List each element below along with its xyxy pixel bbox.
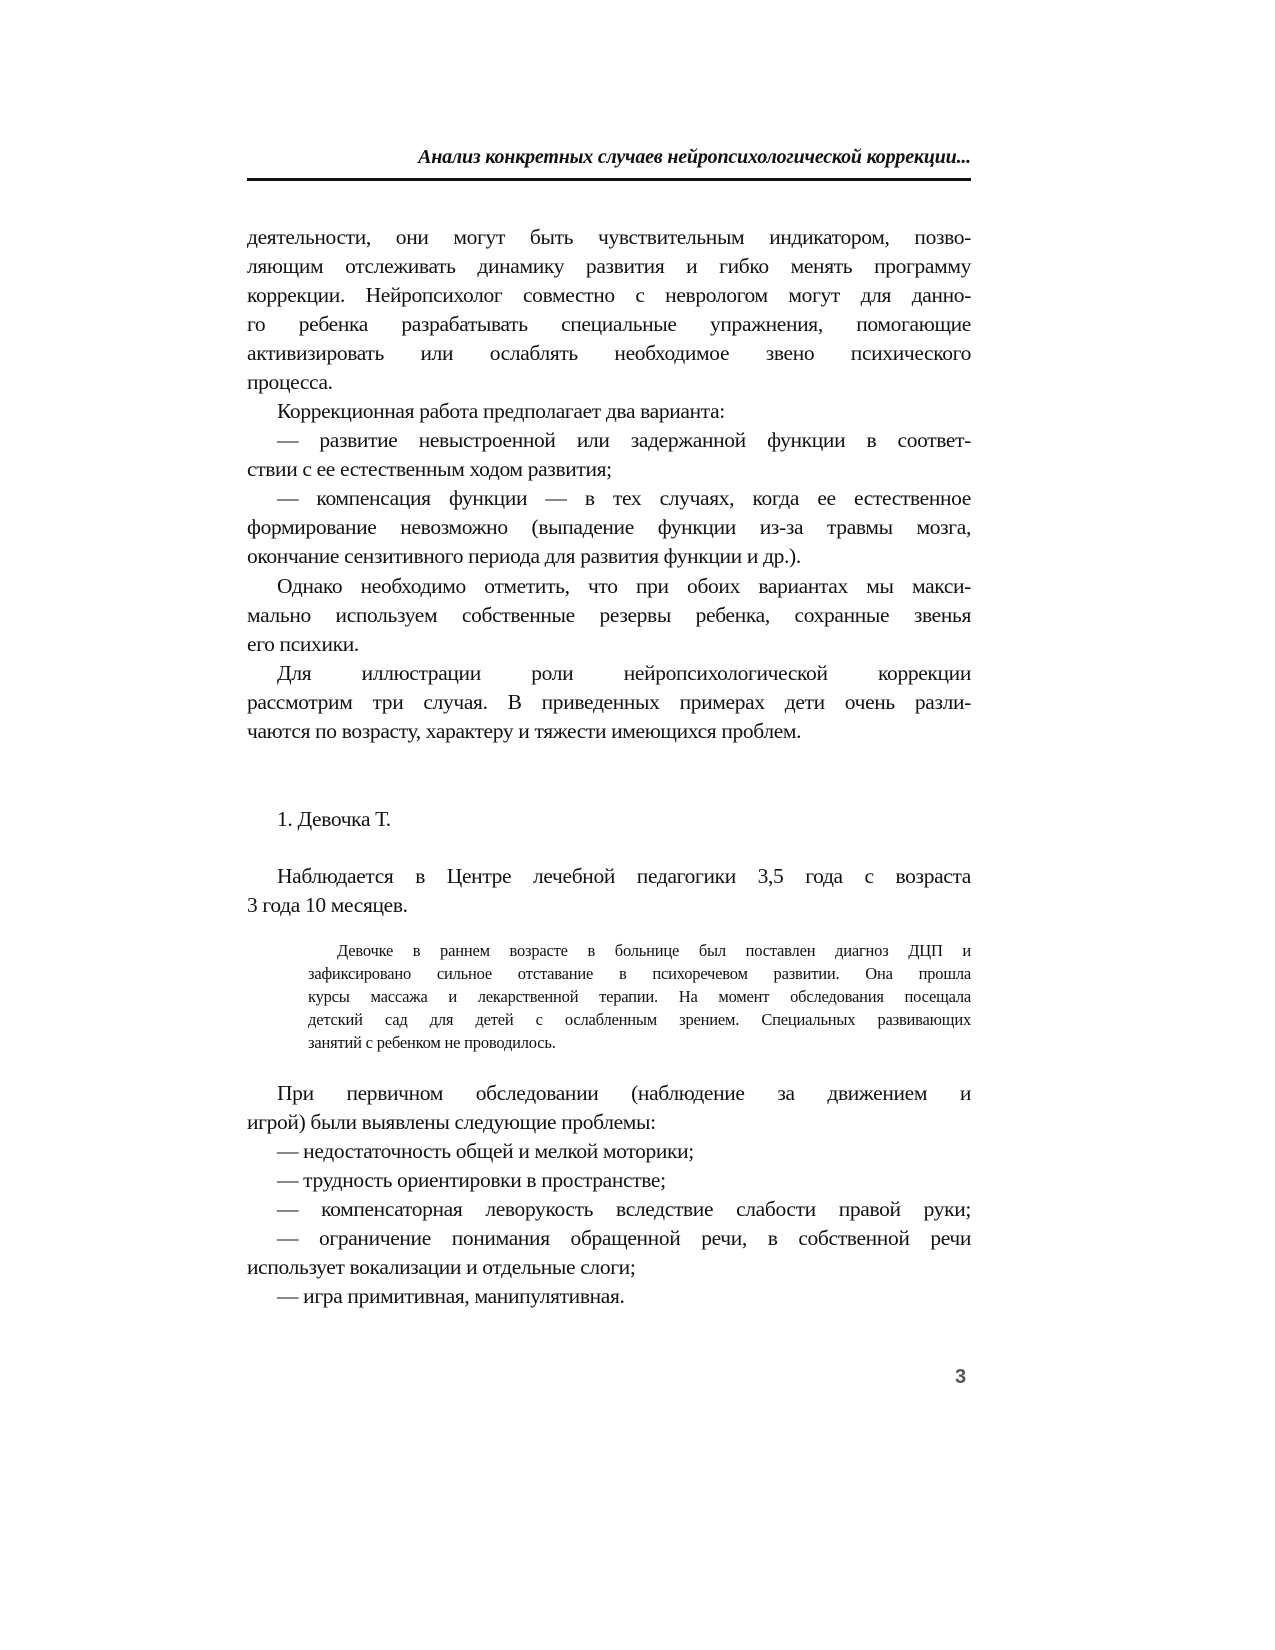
- note-line: Девочке в раннем возрасте в больнице был…: [308, 941, 971, 961]
- text-line: деятельности, они могут быть чувствитель…: [247, 224, 971, 250]
- text-line: ляющим отслеживать динамику развития и г…: [247, 253, 971, 279]
- list-item: — недостаточность общей и мелкой моторик…: [247, 1138, 971, 1164]
- text-line: формирование невозможно (выпадение функц…: [247, 514, 971, 540]
- note-line: занятий с ребенком не проводилось.: [308, 1033, 971, 1053]
- note-line: курсы массажа и лекарственной терапии. Н…: [308, 987, 971, 1007]
- text-line: При первичном обследовании (наблюдение з…: [247, 1080, 971, 1106]
- note-line: зафиксировано сильное отставание в психо…: [308, 964, 971, 984]
- text-line: Однако необходимо отметить, что при обои…: [247, 573, 971, 599]
- list-item: — трудность ориентировки в пространстве;: [247, 1167, 971, 1193]
- text-line: Коррекционная работа предполагает два ва…: [247, 398, 971, 424]
- text-line: Для иллюстрации роли нейропсихологическо…: [247, 660, 971, 686]
- text-line: активизировать или ослаблять необходимое…: [247, 340, 971, 366]
- text-line: мально используем собственные резервы ре…: [247, 602, 971, 628]
- text-line: 3 года 10 месяцев.: [247, 892, 971, 918]
- page-number: 3: [955, 1366, 966, 1389]
- text-line: рассмотрим три случая. В приведенных при…: [247, 689, 971, 715]
- document-page: Анализ конкретных случаев нейропсихологи…: [0, 0, 1275, 1650]
- text-line: Наблюдается в Центре лечебной педагогики…: [247, 863, 971, 889]
- text-line: процесса.: [247, 369, 971, 395]
- list-item: — компенсаторная леворукость вследствие …: [247, 1196, 971, 1222]
- text-line: го ребенка разрабатывать специальные упр…: [247, 311, 971, 337]
- text-line: — компенсация функции — в тех случаях, к…: [247, 485, 971, 511]
- text-line: окончание сензитивного периода для разви…: [247, 543, 971, 569]
- case-heading: 1. Девочка Т.: [247, 806, 971, 832]
- note-line: детский сад для детей с ослабленным зрен…: [308, 1010, 971, 1030]
- running-header-title: Анализ конкретных случаев нейропсихологи…: [247, 146, 971, 169]
- header-rule: [247, 178, 971, 181]
- text-line: коррекции. Нейропсихолог совместно с нев…: [247, 282, 971, 308]
- text-line: — развитие невыстроенной или задержанной…: [247, 427, 971, 453]
- text-line: игрой) были выявлены следующие проблемы:: [247, 1109, 971, 1135]
- list-item: — игра примитивная, манипулятивная.: [247, 1283, 971, 1309]
- text-line: ствии с ее естественным ходом развития;: [247, 456, 971, 482]
- text-line: чаются по возрасту, характеру и тяжести …: [247, 718, 971, 744]
- list-item: — ограничение понимания обращенной речи,…: [247, 1225, 971, 1251]
- text-line: его психики.: [247, 631, 971, 657]
- text-line: использует вокализации и отдельные слоги…: [247, 1254, 971, 1280]
